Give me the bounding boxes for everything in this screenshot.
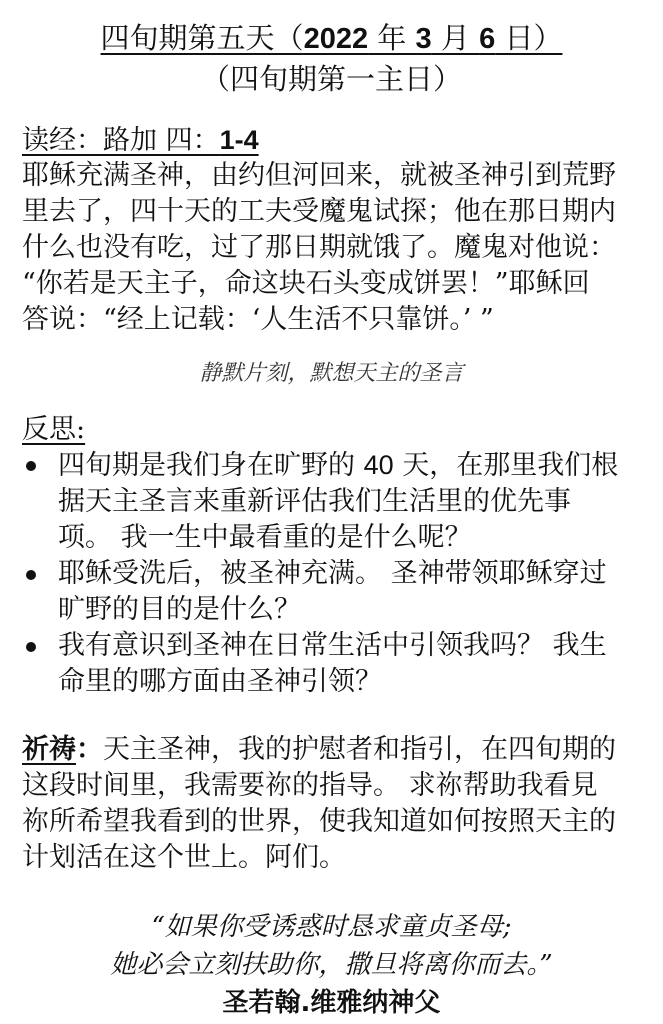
reading-label: 读经：路加 四： bbox=[22, 125, 220, 156]
reading-line: 什么也没有吃，过了那日期就饿了。魔鬼对他说： bbox=[22, 230, 642, 266]
prayer-line: 计划活在这个世上。阿们。 bbox=[22, 840, 647, 876]
quote-line-2: 她必会立刻扶助你，撒旦将离你而去。” bbox=[0, 946, 663, 984]
reading-line: “你若是天主子，命这块石头变成饼罢！”耶稣回 bbox=[22, 266, 642, 302]
title-month-unit: 月 bbox=[432, 21, 479, 55]
meditation-prompt: 静默片刻，默想天主的圣言 bbox=[0, 356, 663, 387]
reflection-line: 项。 我一生中最看重的是什么呢？ bbox=[58, 520, 647, 556]
reflection-line: 耶稣受洗后，被圣神充满。 圣神带领耶稣穿过 bbox=[58, 556, 647, 592]
title-year: 2022 bbox=[304, 23, 369, 55]
prayer-colon: ： bbox=[76, 734, 103, 765]
reading-heading-underlined: 读经：路加 四：1-4 bbox=[22, 125, 259, 156]
reflection-text: 天，在那里我们根 bbox=[394, 450, 619, 481]
reflection-heading: 反思: bbox=[22, 412, 85, 448]
reflection-list: 四旬期是我们身在旷野的 40 天，在那里我们根 据天主圣言来重新评估我们生活里的… bbox=[22, 447, 647, 700]
reflection-item: 耶稣受洗后，被圣神充满。 圣神带领耶稣穿过 旷野的目的是什么？ bbox=[22, 556, 647, 628]
title-month: 3 bbox=[416, 23, 432, 55]
title-day: 6 bbox=[479, 23, 495, 55]
reflection-line: 我有意识到圣神在日常生活中引领我吗？ 我生 bbox=[58, 628, 647, 664]
bullet-icon bbox=[26, 642, 36, 652]
title-prefix: 四旬期第五天（ bbox=[101, 21, 304, 55]
prayer-label: 祈祷 bbox=[22, 734, 76, 765]
reflection-label: 反思: bbox=[22, 414, 85, 445]
prayer-section: 祈祷：天主圣神，我的护慰者和指引，在四旬期的 这段时间里，我需要祢的指导。 求祢… bbox=[22, 732, 647, 876]
reflection-item: 四旬期是我们身在旷野的 40 天，在那里我们根 据天主圣言来重新评估我们生活里的… bbox=[22, 447, 647, 556]
reflection-line: 四旬期是我们身在旷野的 40 天，在那里我们根 bbox=[58, 447, 647, 484]
reading-passage: 耶稣充满圣神，由约但河回来，就被圣神引到荒野 里去了，四十天的工夫受魔鬼试探；他… bbox=[22, 158, 642, 338]
reflection-line: 命里的哪方面由圣神引领？ bbox=[58, 664, 647, 700]
title-underlined: 四旬期第五天（2022 年 3 月 6 日） bbox=[101, 21, 563, 55]
reading-reference: 1-4 bbox=[220, 125, 259, 155]
prayer-line: 祈祷：天主圣神，我的护慰者和指引，在四旬期的 bbox=[22, 732, 647, 768]
page-title: 四旬期第五天（2022 年 3 月 6 日） bbox=[0, 18, 663, 59]
title-year-unit: 年 bbox=[368, 21, 415, 55]
bullet-icon bbox=[26, 570, 36, 580]
reflection-number: 40 bbox=[364, 450, 394, 480]
prayer-line: 祢所希望我看到的世界，使我知道如何按照天主的 bbox=[22, 804, 647, 840]
reflection-text: 四旬期是我们身在旷野的 bbox=[58, 450, 364, 481]
reading-heading: 读经：路加 四：1-4 bbox=[22, 122, 259, 159]
quote-attribution: 圣若翰.维雅纳神父 bbox=[0, 986, 663, 1020]
quote-line-1: “如果你受诱惑时恳求童贞圣母; bbox=[0, 908, 663, 946]
page-subtitle: （四旬期第一主日） bbox=[0, 59, 663, 99]
reflection-line: 旷野的目的是什么？ bbox=[58, 592, 647, 628]
title-day-unit: 日） bbox=[495, 21, 562, 55]
reading-line: 耶稣充满圣神，由约但河回来，就被圣神引到荒野 bbox=[22, 158, 642, 194]
reading-line: 里去了，四十天的工夫受魔鬼试探；他在那日期内 bbox=[22, 194, 642, 230]
reflection-item: 我有意识到圣神在日常生活中引领我吗？ 我生 命里的哪方面由圣神引领？ bbox=[22, 628, 647, 700]
reading-line: 答说：“经上记载：‘人生活不只靠饼。’ ” bbox=[22, 302, 642, 338]
prayer-line: 这段时间里，我需要祢的指导。 求祢帮助我看見 bbox=[22, 768, 647, 804]
prayer-text: 天主圣神，我的护慰者和指引，在四旬期的 bbox=[103, 734, 616, 765]
devotional-page: 四旬期第五天（2022 年 3 月 6 日） （四旬期第一主日） 读经：路加 四… bbox=[0, 0, 663, 1024]
bullet-icon bbox=[26, 461, 36, 471]
reflection-line: 据天主圣言来重新评估我们生活里的优先事 bbox=[58, 484, 647, 520]
